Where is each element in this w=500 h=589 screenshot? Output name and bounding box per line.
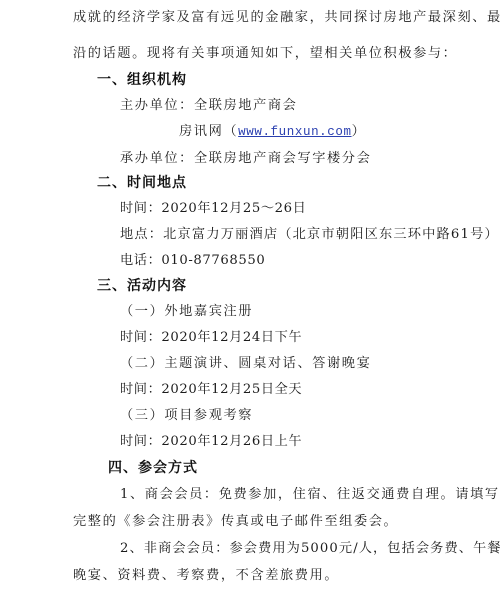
organizer-unit-label: 承办单位： [120, 151, 194, 166]
activity-3-time: 时间：2020年12月26日上午 [120, 433, 302, 451]
event-time: 时间：2020年12月25～26日 [120, 200, 306, 218]
activity-3-title: （三）项目参观考察 [120, 407, 253, 425]
funxun-link[interactable]: www.funxun.com [238, 125, 351, 139]
activity-1-time: 时间：2020年12月24日下午 [120, 329, 302, 347]
host-unit-value: 全联房地产商会 [194, 98, 298, 113]
cohost-suffix: ） [352, 124, 367, 139]
non-member-rule-line-2: 晚宴、资料费、考察费，不含差旅费用。 [73, 567, 339, 585]
organizer-unit-line: 承办单位：全联房地产商会写字楼分会 [120, 150, 371, 168]
activity-2-time: 时间：2020年12月25日全天 [120, 381, 302, 399]
intro-line-2: 沿的话题。现将有关事项通知如下，望相关单位积极参与： [73, 45, 457, 63]
activity-2-title: （二）主题演讲、圆桌对话、答谢晚宴 [120, 355, 371, 373]
activity-1-title: （一）外地嘉宾注册 [120, 303, 253, 321]
member-rule-line-1: 1、商会会员：免费参加，住宿、往返交通费自理。请填写 [120, 486, 500, 504]
section-heading-activities: 三、活动内容 [97, 277, 187, 295]
host-unit-line: 主办单位：全联房地产商会 [120, 97, 297, 115]
member-rule-line-2: 完整的《参会注册表》传真或电子邮件至组委会。 [73, 513, 398, 531]
intro-line-1: 成就的经济学家及富有远见的金融家，共同探讨房地产最深刻、最前 [73, 9, 500, 27]
cohost-prefix: 房讯网（ [179, 124, 238, 139]
non-member-rule-line-1: 2、非商会会员：参会费用为5000元/人，包括会务费、午餐、 [120, 540, 500, 558]
event-place: 地点：北京富力万丽酒店（北京市朝阳区东三环中路61号） [120, 226, 499, 244]
host-unit-label: 主办单位： [120, 98, 194, 113]
event-phone: 电话：010-87768550 [120, 252, 265, 270]
section-heading-participation: 四、参会方式 [108, 459, 198, 477]
cohost-line: 房讯网（www.funxun.com） [179, 123, 366, 141]
organizer-unit-value: 全联房地产商会写字楼分会 [194, 151, 371, 166]
section-heading-time-place: 二、时间地点 [97, 174, 187, 192]
section-heading-organization: 一、组织机构 [97, 71, 187, 89]
